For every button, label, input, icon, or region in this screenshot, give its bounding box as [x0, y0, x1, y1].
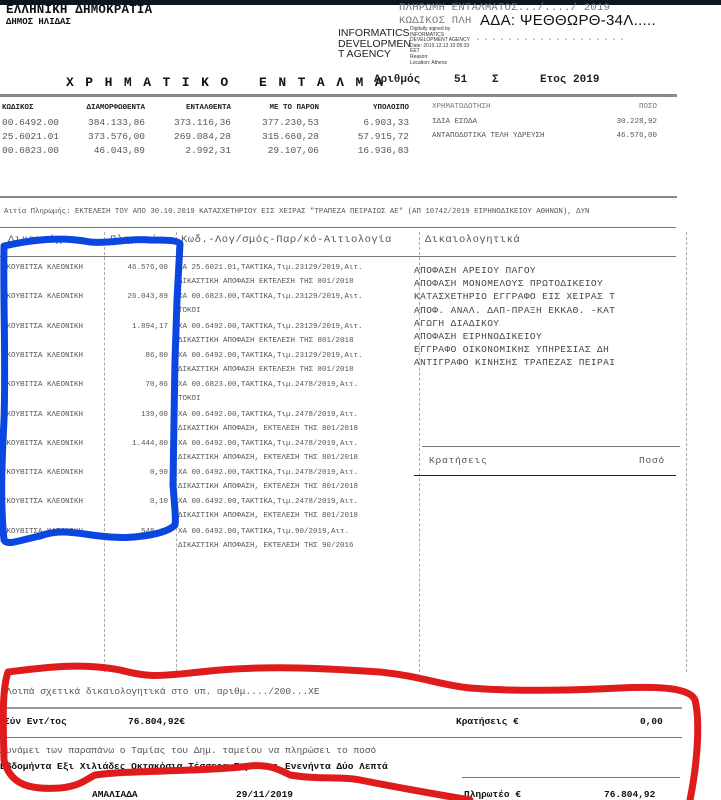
budget-row: 00.6823.0046.043,892.992,3129.107,0616.9… [2, 143, 409, 157]
column-rule [176, 232, 177, 672]
payable-amount: 139,00 [106, 411, 168, 419]
funding-table: ΧΡΗΜΑΤΟΔΟΤΗΣΗΠΟΣΟ ΙΔΙΑ ΕΣΟΔΑ30.228,92 ΑΝ… [432, 100, 657, 143]
divider [0, 94, 677, 97]
municipality-name: ΔΗΜΟΣ ΗΛΙΔΑΣ [6, 17, 71, 27]
account-code: ΧΑ 00.6492.00,ΤΑΚΤΙΚΑ,Τιμ.90/2019,Αιτ. [178, 528, 349, 536]
payment-reason: ΤΟΚΟΙ [178, 307, 201, 315]
payment-reason: ΔΙΚΑΣΤΙΚΗ ΑΠΟΦΑΣΗ, ΕΚΤΕΛΕΣΗ ΤΗΣ 801/2018 [178, 425, 358, 433]
col-code-reason: Κωδ.-Λογ/σμός-Παρ/κό-Αιτιολογία [181, 234, 392, 246]
signer-name: INFORMATICS DEVELOPMEN T AGENCY [338, 28, 411, 60]
payment-reason: ΔΙΚΑΣΤΙΚΗ ΑΠΟΦΑΣΗ, ΕΚΤΕΛΕΣΗ ΤΗΣ 801/2018 [178, 483, 358, 491]
column-rule [104, 232, 105, 672]
payable-amount: 548,40 [106, 528, 168, 536]
dotted-line: ................... [475, 33, 627, 44]
beneficiary: ΓΚΟΥΒΙΤΣΑ ΚΛΕΟΝΙΚΗ [2, 381, 83, 389]
payable-amount: 46.576,00 [106, 264, 168, 272]
payable-amount: 1.894,17 [106, 323, 168, 331]
payment-reason: ΔΙΚΑΣΤΙΚΗ ΑΠΟΦΑΣΗ ΕΚΤΕΛΕΣΗ ΤΗΣ 801/2018 [178, 278, 354, 286]
payment-instruction: Δυνάμει των παραπάνω ο Ταμίας του Δημ. τ… [0, 745, 376, 756]
order-number-line: Αριθμός51ΣΕτος 2019 [374, 74, 599, 86]
total-value: 76.804,92€ [128, 716, 185, 727]
budget-row: 25.6021.01373.576,00269.084,28315.660,28… [2, 129, 409, 143]
beneficiary: ΓΚΟΥΒΙΤΣΑ ΚΛΕΟΝΙΚΗ [2, 352, 83, 360]
beneficiary: ΓΚΟΥΒΙΤΣΑ ΚΛΕΟΝΙΚΗ [2, 264, 83, 272]
col-beneficiary: Δικαιούχος [8, 234, 76, 246]
digital-signature-details: Digitally signed by INFORMATICS DEVELOPM… [410, 27, 470, 66]
col-payable: Πληρωτέο [110, 234, 164, 246]
payment-cause: Αιτία Πληρωμής: ΕΚΤΕΛΕΣΗ ΤΟΥ ΑΠΟ 30.10.2… [4, 208, 589, 216]
payable-amount: 26.043,89 [106, 293, 168, 301]
account-code: ΧΑ 00.6492.00,ΤΑΚΤΙΚΑ,Τιμ.23129/2019,Αιτ… [178, 352, 363, 360]
payable-amount: 70,86 [106, 381, 168, 389]
payment-reason: ΔΙΚΑΣΤΙΚΗ ΑΠΟΦΑΣΗ, ΕΚΤΕΛΕΣΗ ΤΗΣ 90/2016 [178, 542, 354, 550]
account-code: ΧΑ 00.6492.00,ΤΑΚΤΙΚΑ,Τιμ.2478/2019,Αιτ. [178, 469, 358, 477]
account-code: ΧΑ 00.6492.00,ΤΑΚΤΙΚΑ,Τιμ.23129/2019,Αιτ… [178, 323, 363, 331]
beneficiary: ΓΚΟΥΒΙΤΣΑ ΚΛΕΟΝΙΚΗ [2, 498, 83, 506]
supporting-docs-list: ΑΠΟΦΑΣΗ ΑΡΕΙΟΥ ΠΑΓΟΥ ΑΠΟΦΑΣΗ ΜΟΝΟΜΕΛΟΥΣ … [414, 264, 615, 370]
payment-reason: ΔΙΚΑΣΤΙΚΗ ΑΠΟΦΑΣΗ, ΕΚΤΕΛΕΣΗ ΤΗΣ 801/2018 [178, 454, 358, 462]
account-code: ΧΑ 00.6823.00,ΤΑΚΤΙΚΑ,Τιμ.2478/2019,Αιτ. [178, 381, 358, 389]
beneficiary: ΓΚΟΥΒΙΤΣΑ ΚΛΕΟΝΙΚΗ [2, 411, 83, 419]
divider [0, 737, 682, 738]
blue-outline-annotation [2, 239, 180, 543]
payable-amount: 86,80 [106, 352, 168, 360]
payable-amount: 0,10 [106, 498, 168, 506]
account-code: ΧΑ 25.6021.01,ΤΑΚΤΙΚΑ,Τιμ.23129/2019,Αιτ… [178, 264, 363, 272]
beneficiary: ΓΚΟΥΒΙΤΣΑ ΚΛΕΟΝΙΚΗ [2, 323, 83, 331]
state-name: ΕΛΛΗΝΙΚΗ ΔΗΜΟΚΡΑΤΙΑ [6, 3, 152, 17]
payable-value: 76.804,92 [604, 789, 655, 800]
beneficiary: ΓΚΟΥΒΙΤΣΑ ΚΛΕΟΝΙΚΗ [2, 469, 83, 477]
payment-reason: ΤΟΚΟΙ [178, 395, 201, 403]
beneficiary: ΓΚΟΥΒΙΤΣΑ ΚΛΕΟΝΙΚΗ [2, 440, 83, 448]
place: ΑΜΑΛΙΑΔΑ [92, 789, 138, 800]
deductions-total-value: 0,00 [640, 716, 663, 727]
payable-label: Πληρωτέο € [464, 789, 521, 800]
beneficiary: ΓΚΟΥΒΙΤΣΑ ΚΛΕΟΝΙΚΗ [2, 528, 83, 536]
account-code: ΧΑ 00.6492.00,ΤΑΚΤΙΚΑ,Τιμ.2478/2019,Αιτ. [178, 411, 358, 419]
ada-stamp: ΑΔΑ: ΨΕΘΘΩΡΘ-34Λ..... [480, 12, 656, 29]
payment-reason: ΔΙΚΑΣΤΙΚΗ ΑΠΟΦΑΣΗ ΕΚΤΕΛΕΣΗ ΤΗΣ 801/2018 [178, 366, 354, 374]
divider [422, 446, 680, 447]
account-code: ΧΑ 00.6492.00,ΤΑΚΤΙΚΑ,Τιμ.2478/2019,Αιτ. [178, 498, 358, 506]
beneficiary: ΓΚΟΥΒΙΤΣΑ ΚΛΕΟΝΙΚΗ [2, 293, 83, 301]
budget-table: ΚΩΔΙΚΟΣ ΔΙΑΜΟΡΦΩΘΕΝΤΑ ΕΝΤΑΛΘΕΝΤΑ ΜΕ ΤΟ Π… [2, 100, 409, 157]
account-code: ΧΑ 00.6492.00,ΤΑΚΤΙΚΑ,Τιμ.2478/2019,Αιτ. [178, 440, 358, 448]
column-rule [686, 232, 687, 672]
budget-row: 00.6492.00384.133,86373.116,36377.230,53… [2, 115, 409, 129]
payment-reason: ΔΙΚΑΣΤΙΚΗ ΑΠΟΦΑΣΗ, ΕΚΤΕΛΕΣΗ ΤΗΣ 801/2018 [178, 512, 358, 520]
payment-reason: ΔΙΚΑΣΤΙΚΗ ΑΠΟΦΑΣΗ ΕΚΤΕΛΕΣΗ ΤΗΣ 801/2018 [178, 337, 354, 345]
date: 29/11/2019 [236, 789, 293, 800]
deductions-total-label: Κρατήσεις € [456, 716, 519, 727]
col-supporting-docs: Δικαιολογητικά [425, 234, 520, 246]
document-title: ΧΡΗΜΑΤΙΚΟ ΕΝΤΑΛΜΑ [66, 75, 394, 90]
account-code: ΧΑ 00.6823.00,ΤΑΚΤΙΚΑ,Τιμ.23129/2019,Αιτ… [178, 293, 363, 301]
deductions-amount-label: Ποσό [639, 455, 665, 466]
divider [414, 475, 676, 476]
payable-amount: 0,90 [106, 469, 168, 477]
other-docs-note: Λοιπά σχετικά δικαιολογητικά στο υπ. αρι… [6, 686, 320, 697]
divider [0, 707, 682, 709]
divider [0, 196, 677, 198]
payable-amount: 1.444,80 [106, 440, 168, 448]
total-label: Σύν Εντ/τος [4, 716, 67, 727]
divider [462, 777, 680, 778]
divider [0, 256, 676, 257]
divider [0, 227, 676, 228]
amount-in-words: Εβδομήντα Εξι Χιλιάδες Οκτακόσια Τέσσερα… [0, 761, 388, 772]
deductions-label: Κρατήσεις [429, 455, 488, 466]
